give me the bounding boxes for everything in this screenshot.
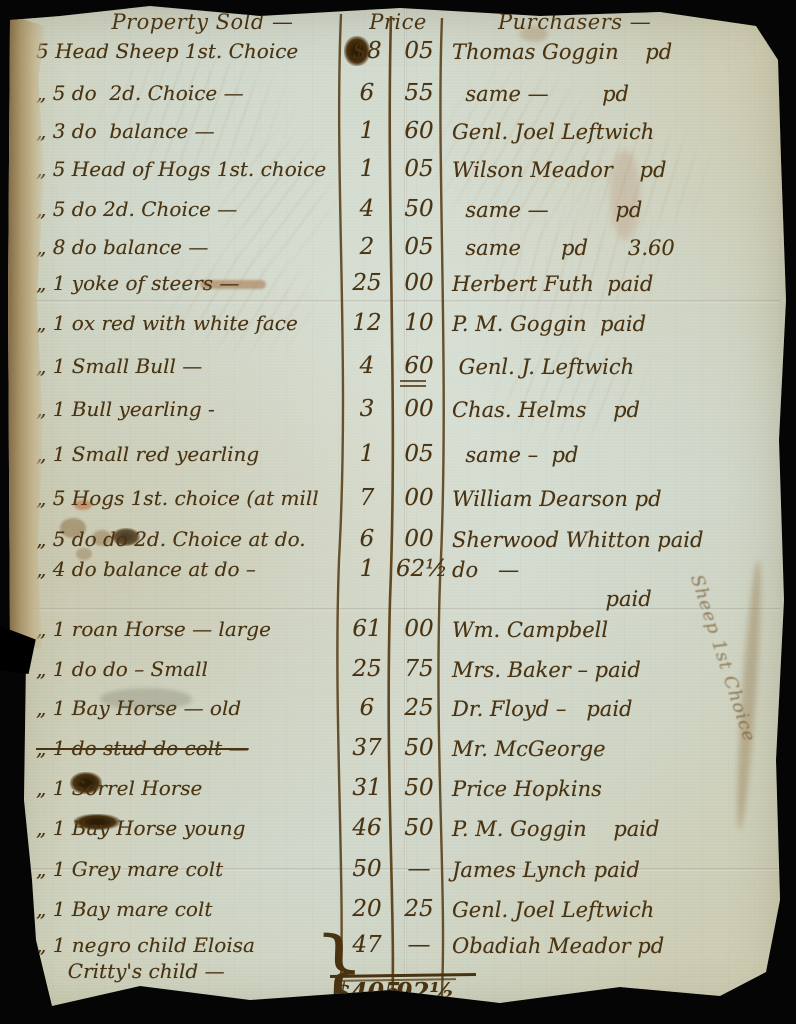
cents-cell: 25 [396,695,442,721]
table-row: „ 5 do 2d. Choice —655 same — pd [0,80,796,114]
table-row: „ 1 do do – Small2575Mrs. Baker – paid [0,656,796,690]
dollars-cell: 1 [342,118,392,144]
cents-cell: 25 [396,896,442,922]
item-cell: „ 1 negro child Eloisa Critty's child — [36,932,340,984]
table-row: „ 5 Hogs 1st. choice (at mill700William … [0,485,796,519]
cents-cell: 50 [396,815,442,841]
purchaser-cell: same – pd [452,441,792,470]
item-cell: „ 1 Small red yearling [36,441,340,467]
item-cell: „ 5 Hogs 1st. choice (at mill [36,485,340,511]
dollars-cell: 12 [342,310,392,336]
item-cell: „ 4 do balance at do – [36,556,340,582]
purchaser-cell: Herbert Futh paid [452,270,792,299]
dollars-cell: 4 [342,196,392,222]
cents-cell: 10 [396,310,442,336]
grouping-brace: } [310,921,367,1015]
purchaser-cell: Sherwood Whitton paid [452,526,792,555]
cents-cell: 05 [396,38,442,64]
cents-cell: 60 [396,118,442,144]
item-cell: „ 1 roan Horse — large [36,616,340,642]
cents-cell: — [396,856,442,882]
table-row: „ 1 do stud do colt —3750Mr. McGeorge [0,735,796,769]
purchaser-cell: Genl. Joel Leftwich [452,896,792,925]
dollars-cell: 50 [342,856,392,882]
dollars-cell: 1 [342,556,392,582]
purchaser-cell: Thomas Goggin pd [452,38,792,67]
table-row: 5 Head Sheep 1st. Choice$805Thomas Goggi… [0,38,796,72]
item-cell: „ 1 Sorrel Horse [36,775,340,801]
cents-cell: 60 [396,353,442,379]
item-cell: „ 1 Bay Horse — old [36,695,340,721]
item-cell: „ 1 Bay mare colt [36,896,340,922]
table-row: „ 4 do balance at do –162½do — paid [0,556,796,590]
purchaser-cell: Wm. Campbell [452,616,792,645]
dollars-cell: 7 [342,485,392,511]
cents-cell: 05 [396,156,442,182]
cents-cell: 00 [396,396,442,422]
table-row: „ 1 yoke of steers —2500Herbert Futh pai… [0,270,796,304]
cents-cell: 55 [396,80,442,106]
dollars-cell: 25 [342,656,392,682]
item-cell: „ 1 Bull yearling - [36,396,340,422]
cents-cell: 05 [396,234,442,260]
purchaser-cell: Genl. J. Leftwich [452,353,792,382]
cents-cell: — [396,932,442,958]
cents-cell: 50 [396,775,442,801]
total-cents: 92½ [396,977,452,1006]
cents-cell: 75 [396,656,442,682]
table-row: „ 1 Bay mare colt2025Genl. Joel Leftwich [0,896,796,930]
scanned-document: Property Sold — Price Purchasers — 5 Hea… [0,0,796,1024]
dollars-cell: 6 [342,695,392,721]
item-cell: „ 5 do 2d. Choice — [36,196,340,222]
table-row: „ 5 do do 2d. Choice at do.600Sherwood W… [0,526,796,560]
table-row: „ 1 roan Horse — large6100Wm. Campbell [0,616,796,650]
dollars-cell: 6 [342,526,392,552]
purchaser-cell: James Lynch paid [452,856,792,885]
table-row: „ 1 Bay Horse — old625Dr. Floyd – paid [0,695,796,729]
dollars-cell: 46 [342,815,392,841]
item-cell: „ 5 do 2d. Choice — [36,80,340,106]
dollars-cell: $8 [342,38,392,64]
item-cell: „ 1 yoke of steers — [36,270,340,296]
table-row: „ 1 ox red with white face1210P. M. Gogg… [0,310,796,344]
column-header-price: Price [352,10,444,34]
dollars-cell: 6 [342,80,392,106]
cents-cell: 00 [396,526,442,552]
item-cell: 5 Head Sheep 1st. Choice [36,38,340,64]
cents-cell: 00 [396,485,442,511]
purchaser-cell: Price Hopkins [452,775,792,804]
purchaser-cell: William Dearson pd [452,485,792,514]
table-row: „ 1 Small Bull —460 Genl. J. Leftwich [0,353,796,387]
dollars-cell: 31 [342,775,392,801]
total-dollars: $405 [334,977,392,1006]
item-cell: „ 3 do balance — [36,118,340,144]
purchaser-cell: Chas. Helms pd [452,396,792,425]
manuscript-page: Property Sold — Price Purchasers — 5 Hea… [0,0,796,1024]
dollars-cell: 2 [342,234,392,260]
item-cell: „ 8 do balance — [36,234,340,260]
purchaser-cell: Genl. Joel Leftwich [452,118,792,147]
table-row: „ 1 Small red yearling105 same – pd [0,441,796,475]
table-row: „ 1 negro child Eloisa Critty's child —4… [0,932,796,966]
table-row: „ 1 Bay Horse young4650P. M. Goggin paid [0,815,796,849]
table-row: „ 8 do balance —205 same pd 3.60 [0,234,796,268]
item-cell: „ 1 do do – Small [36,656,340,682]
item-cell: „ 1 Small Bull — [36,353,340,379]
dollars-cell: 20 [342,896,392,922]
dollars-cell: 1 [342,441,392,467]
dollars-cell: 3 [342,396,392,422]
cents-cell: 00 [396,270,442,296]
column-header-property-sold: Property Sold — [85,10,320,34]
item-cell: „ 5 Head of Hogs 1st. choice [36,156,340,182]
table-row: „ 1 Sorrel Horse3150Price Hopkins [0,775,796,809]
item-cell: „ 1 Grey mare colt [36,856,340,882]
purchaser-cell: P. M. Goggin paid [452,815,792,844]
dollars-cell: 37 [342,735,392,761]
cents-cell: 50 [396,735,442,761]
dollars-cell: 4 [342,353,392,379]
purchaser-cell: Obadiah Meador pd [452,932,792,961]
table-row: „ 3 do balance —160Genl. Joel Leftwich [0,118,796,152]
table-row: „ 5 do 2d. Choice —450 same — pd [0,196,796,230]
table-row: „ 1 Grey mare colt50—James Lynch paid [0,856,796,890]
purchaser-cell: do — paid [452,556,792,614]
purchaser-cell: P. M. Goggin paid [452,310,792,339]
dollars-cell: 25 [342,270,392,296]
cents-cell: 05 [396,441,442,467]
purchaser-cell: same — pd [452,80,792,109]
dollars-cell: 1 [342,156,392,182]
item-cell: „ 1 Bay Horse young [36,815,340,841]
column-header-purchasers: Purchasers — [498,10,698,34]
table-row: „ 5 Head of Hogs 1st. choice105Wilson Me… [0,156,796,190]
cents-cell: 62½ [396,556,442,582]
item-cell: „ 1 do stud do colt — [36,735,340,761]
table-row: „ 1 Bull yearling -300Chas. Helms pd [0,396,796,430]
cents-cell: 50 [396,196,442,222]
item-cell: „ 1 ox red with white face [36,310,340,336]
purchaser-cell: same pd 3.60 [452,234,792,263]
purchaser-cell: same — pd [452,196,792,225]
purchaser-cell: Wilson Meador pd [452,156,792,185]
item-cell: „ 5 do do 2d. Choice at do. [36,526,340,552]
dollars-cell: 61 [342,616,392,642]
cents-cell: 00 [396,616,442,642]
